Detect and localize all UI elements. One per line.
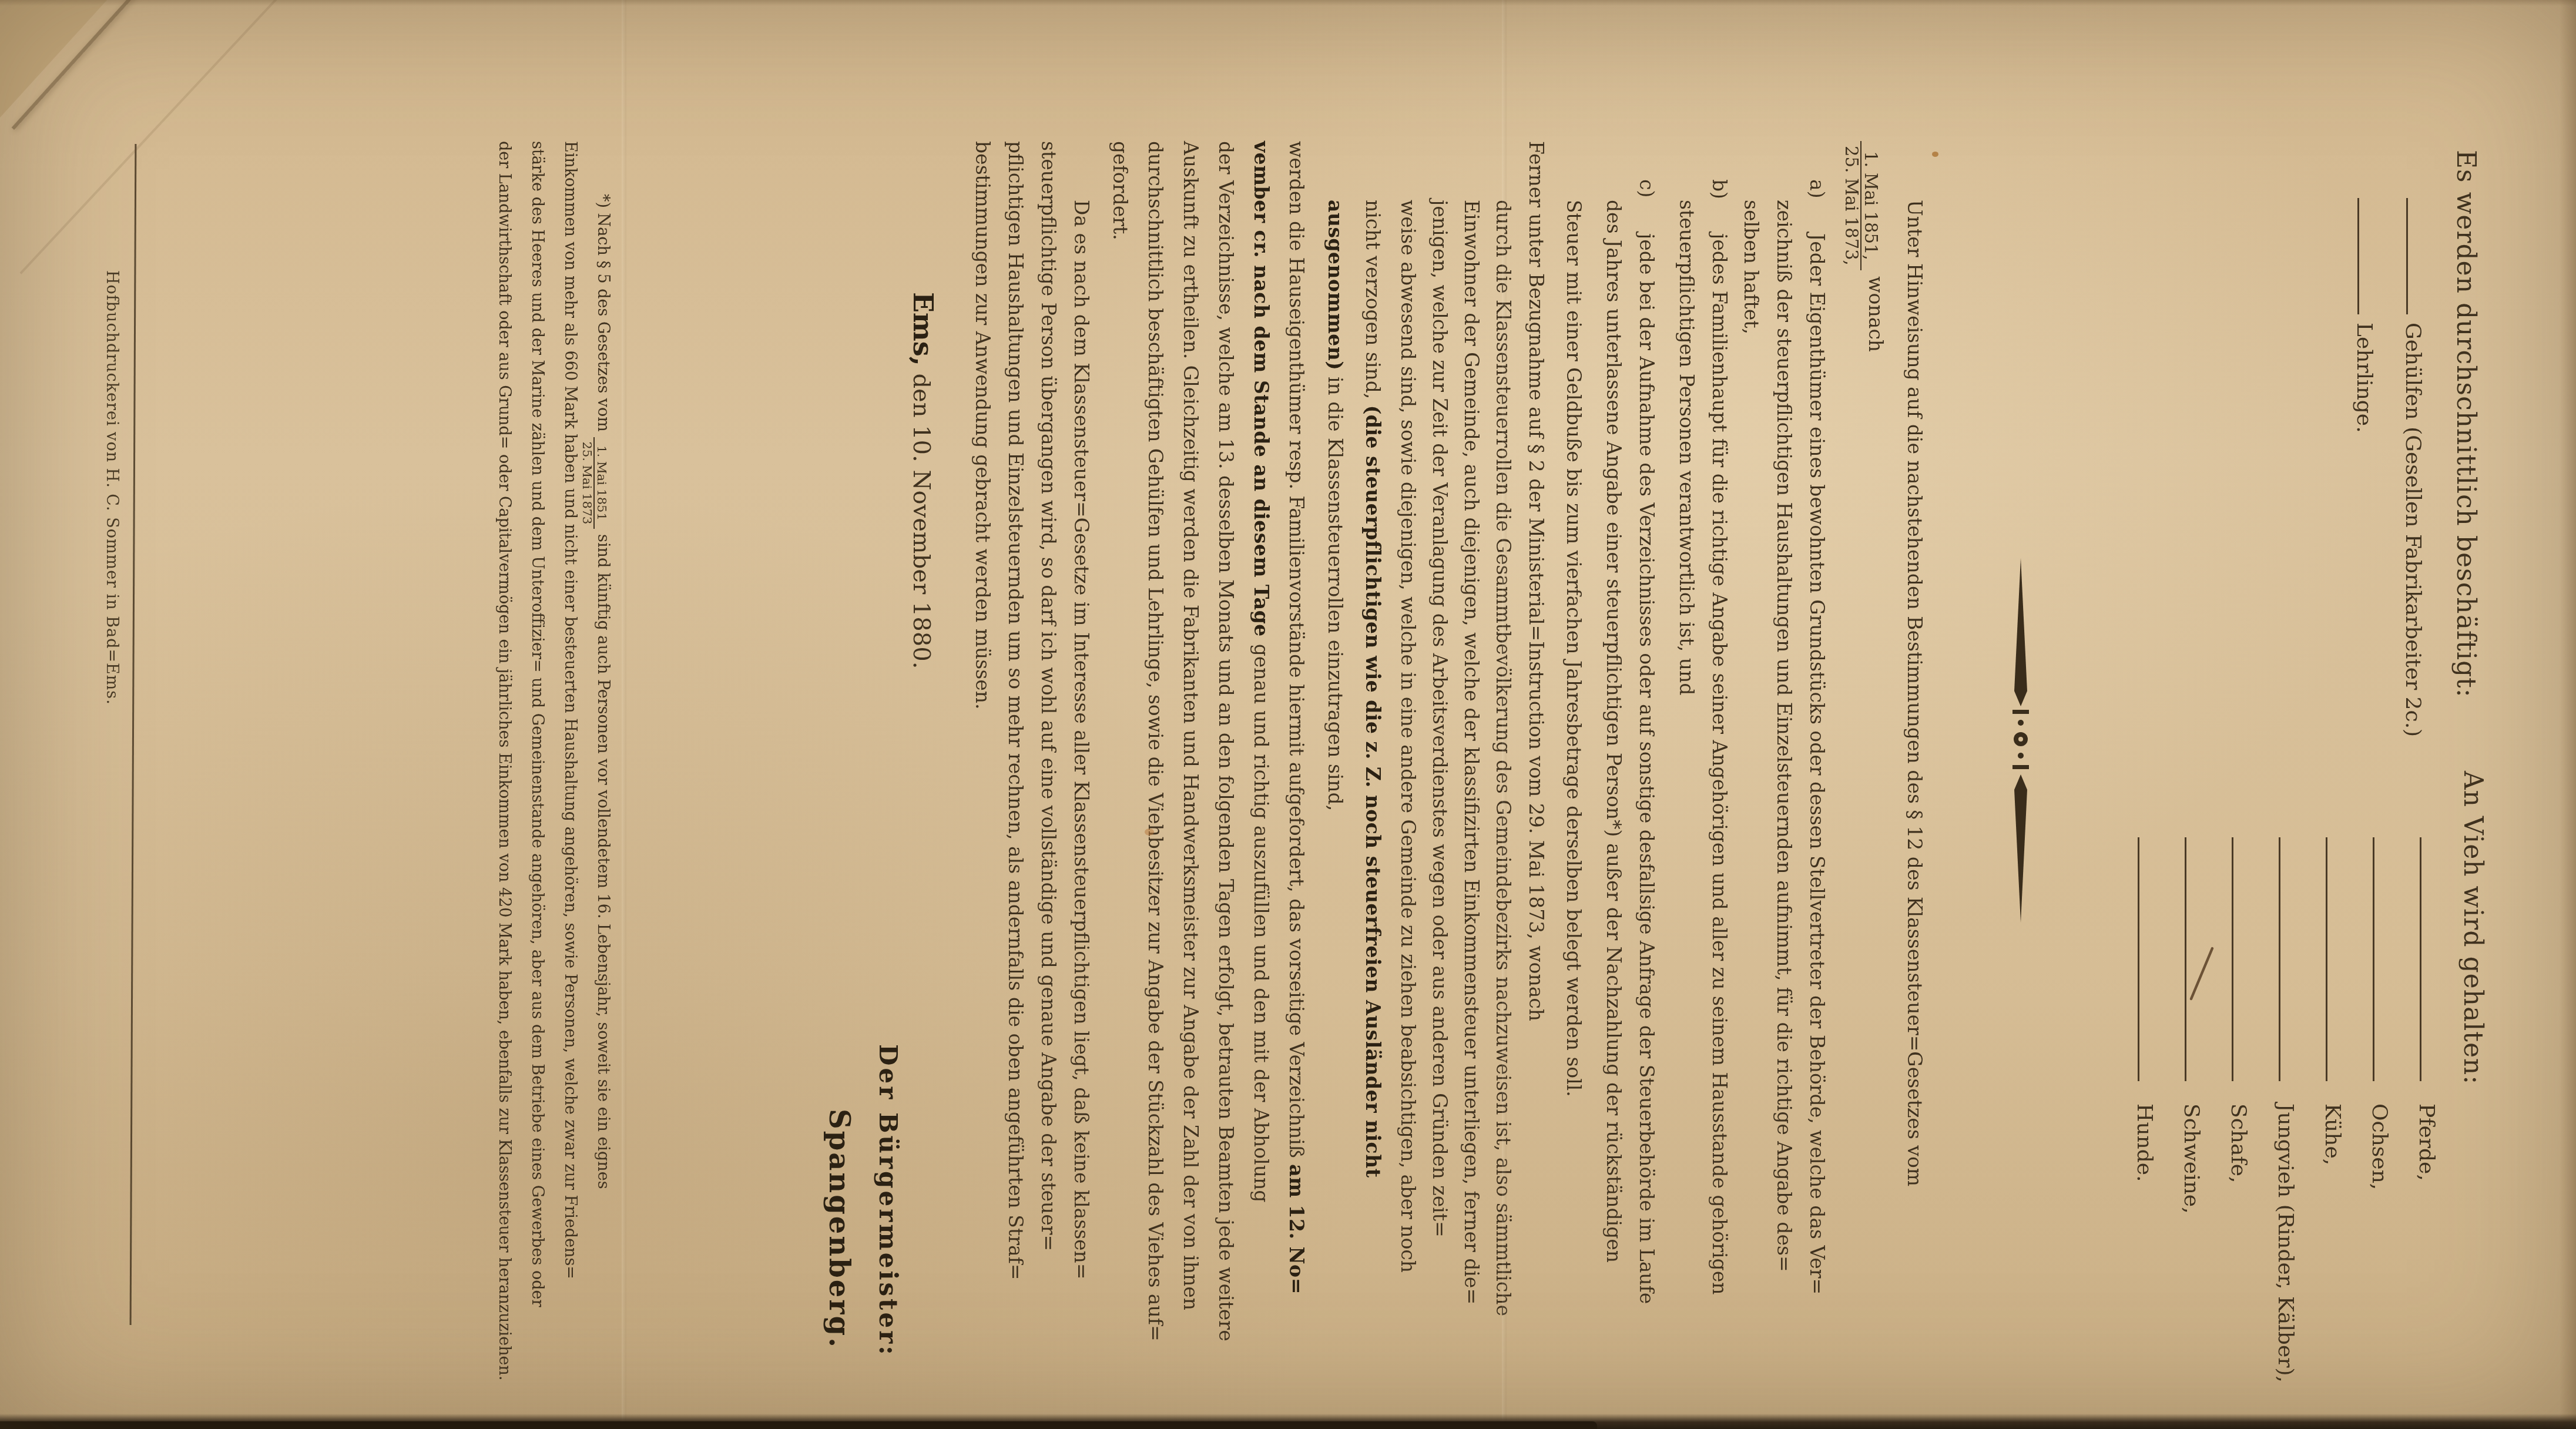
body-line-8: c)jede bei der Aufnahme des Verzeichniss…	[1635, 179, 1658, 1304]
livestock-item-label: Schweine,	[2179, 1103, 2203, 1214]
fill-in-blank-line	[2420, 837, 2440, 1081]
fill-in-blank-line	[2326, 837, 2346, 1081]
text-segment: durchschnittlich beschäftigten Gehülfen …	[1144, 141, 1167, 1341]
body-line-17: ausgenommen) in die Klassensteuerrollen …	[1324, 200, 1347, 811]
employed-item-label: Lehrlinge.	[2352, 323, 2376, 433]
body-line-6: b)jedes Familienhaupt für die richtige A…	[1708, 179, 1731, 1294]
text-segment: in die Klassensteuerrollen einzutragen s…	[1324, 370, 1347, 811]
body-line-27: bestimmungen zur Anwendung gebracht werd…	[971, 141, 994, 710]
text-segment: genau und richtig auszufüllen und den mi…	[1250, 644, 1273, 1203]
handwritten-slash-mark	[2185, 946, 2215, 1005]
body-line-7: steuerpflichtigen Personen verantwortlic…	[1675, 200, 1698, 695]
bold-text-segment: ausgenommen)	[1324, 200, 1347, 370]
body-line-15: weise abwesend sind, sowie diejenigen, w…	[1397, 200, 1420, 1273]
body-line-5: selben haftet,	[1740, 200, 1763, 334]
text-segment: Unter Hinweisung auf die nachstehenden B…	[1903, 200, 1926, 1186]
imprint-rule	[130, 144, 137, 1325]
dateline-city: Ems,	[907, 292, 939, 366]
body-line-10: Steuer mit einer Geldbuße bis zum vierfa…	[1562, 200, 1585, 1097]
fill-in-blank-line	[2406, 198, 2426, 314]
text-segment: Jeder Eigenthümer eines bewohnten Grunds…	[1806, 233, 1829, 1294]
text-segment: des Jahres unterlassene Angabe einer ste…	[1602, 200, 1625, 1263]
employed-item-row: Gehülfen (Gesellen Fabrikarbeiter 2c.)	[2401, 198, 2426, 737]
text-segment: jede bei der Aufnahme des Verzeichnisses…	[1635, 233, 1658, 1304]
body-line-9: des Jahres unterlassene Angabe einer ste…	[1602, 200, 1625, 1263]
body-line-21: Auskunft zu ertheilen. Gleichzeitig werd…	[1179, 141, 1202, 1310]
folded-corner	[0, 0, 107, 118]
body-line-3: a)Jeder Eigenthümer eines bewohnten Grun…	[1806, 179, 1829, 1294]
text-segment: *) Nach § 5 des Gesetzes vom	[594, 194, 612, 437]
text-segment: stärke des Heeres und der Marine zählen …	[528, 141, 546, 1307]
footnote-line-4: der Landwirthschaft oder aus Grund= oder…	[495, 141, 514, 1381]
text-segment: wonach	[1864, 270, 1887, 352]
stacked-date-fraction: 1. Mai 185125. Mai 1873	[580, 437, 608, 529]
livestock-item-label: Hunde.	[2132, 1103, 2156, 1182]
livestock-item-row: Kühe,	[2320, 837, 2346, 1165]
body-line-16: nicht verzogen sind, (die steuerpflichti…	[1361, 200, 1384, 1178]
livestock-item-label: Jungvieh (Rinder, Kälber),	[2273, 1103, 2297, 1383]
text-segment: der Landwirthschaft oder aus Grund= oder…	[495, 141, 514, 1381]
printer-imprint: Hofbuchdruckerei von H. C. Sommer in Bad…	[103, 270, 121, 705]
body-line-14: jenigen, welche zur Zeit der Veranlagung…	[1428, 200, 1451, 1237]
livestock-item-row: Hunde.	[2132, 837, 2158, 1182]
livestock-item-label: Schafe,	[2226, 1103, 2250, 1183]
paper-stain	[1145, 828, 1154, 836]
text-segment: werden die Hauseigenthümer resp. Familie…	[1285, 141, 1308, 1164]
text-segment: jenigen, welche zur Zeit der Veranlagung…	[1428, 200, 1451, 1237]
livestock-item-label: Kühe,	[2320, 1103, 2344, 1165]
signature-role: Der Bürgermeister:	[874, 1044, 903, 1357]
livestock-item-row: Schweine,	[2179, 837, 2205, 1214]
body-line-2: 1. Mai 1851,25. Mai 1873, wonach	[1842, 141, 1887, 352]
livestock-item-label: Pferde,	[2414, 1103, 2439, 1181]
body-line-25: steuerpflichtige Person übergangen wird,…	[1037, 141, 1060, 1251]
body-line-4: zeichniß der steuerpflichtigen Haushaltu…	[1773, 200, 1796, 1272]
body-line-13: Einwohner der Gemeinde, auch diejenigen,…	[1460, 200, 1483, 1304]
body-line-11: Ferner unter Bezugnahme auf § 2 der Mini…	[1525, 141, 1548, 1021]
text-segment: jedes Familienhaupt für die richtige Ang…	[1708, 233, 1731, 1294]
paper-fold-crease	[622, 0, 626, 1429]
employed-item-row: Lehrlinge.	[2352, 198, 2377, 433]
fill-in-blank-line	[2138, 837, 2158, 1081]
employed-header: Es werden durchschnittlich beschäftigt:	[2451, 150, 2481, 698]
fill-in-blank-line	[2357, 198, 2377, 314]
footnote-line-2: Einkommen von mehr als 660 Mark haben un…	[561, 141, 579, 1279]
body-line-22: durchschnittlich beschäftigten Gehülfen …	[1144, 141, 1167, 1341]
list-marker: a)	[1806, 179, 1829, 233]
text-segment: steuerpflichtigen Personen verantwortlic…	[1675, 200, 1698, 695]
text-segment: bestimmungen zur Anwendung gebracht werd…	[971, 141, 994, 710]
dateline-date: den 10. November 1880.	[908, 373, 935, 669]
body-line-24: Da es nach dem Klassensteuer=Gesetze im …	[1070, 200, 1093, 1280]
scanned-document-canvas: Es werden durchschnittlich beschäftigt: …	[0, 0, 2576, 1429]
text-segment: pflichtigen Haushaltungen und Einzelsteu…	[1004, 141, 1027, 1280]
stacked-date-fraction: 1. Mai 1851,25. Mai 1873,	[1842, 141, 1880, 270]
text-segment: zeichniß der steuerpflichtigen Haushaltu…	[1773, 200, 1796, 1272]
text-segment: sind künftig auch Personen vor vollendet…	[594, 529, 612, 1189]
footnote-line-1: *) Nach § 5 des Gesetzes vom 1. Mai 1851…	[580, 194, 612, 1189]
text-segment: Steuer mit einer Geldbuße bis zum vierfa…	[1562, 200, 1585, 1097]
text-segment: gefordert.	[1109, 141, 1132, 240]
body-line-1: Unter Hinweisung auf die nachstehenden B…	[1903, 200, 1926, 1186]
text-segment: Ferner unter Bezugnahme auf § 2 der Mini…	[1525, 141, 1548, 1021]
text-segment: weise abwesend sind, sowie diejenigen, w…	[1397, 200, 1420, 1273]
livestock-item-label: Ochsen,	[2367, 1103, 2391, 1190]
signature-name: Spangenberg.	[823, 1109, 856, 1349]
livestock-item-row: Pferde,	[2414, 837, 2440, 1181]
fill-in-blank-line	[2373, 837, 2393, 1081]
body-line-18: werden die Hauseigenthümer resp. Familie…	[1285, 141, 1308, 1294]
livestock-item-row: Schafe,	[2226, 837, 2252, 1183]
fill-in-blank-line	[2232, 837, 2252, 1081]
body-line-19: vember cr. nach dem Stande an diesem Tag…	[1250, 141, 1273, 1202]
scan-edge-dark-bottom-inner	[0, 1421, 1597, 1429]
dateline: Ems, den 10. November 1880.	[907, 292, 939, 669]
text-segment: Einwohner der Gemeinde, auch diejenigen,…	[1460, 200, 1483, 1304]
livestock-header: An Vieh wird gehalten:	[2458, 771, 2488, 1085]
text-segment: steuerpflichtige Person übergangen wird,…	[1037, 141, 1060, 1251]
body-line-26: pflichtigen Haushaltungen und Einzelsteu…	[1004, 141, 1027, 1280]
document-page: Es werden durchschnittlich beschäftigt: …	[0, 0, 2576, 1429]
divider-ornament-icon	[2000, 558, 2042, 923]
bold-text-segment: am 12. No=	[1285, 1164, 1308, 1294]
text-segment: der Verzeichnisse, welche am 13. desselb…	[1215, 141, 1237, 1341]
text-segment: nicht verzogen sind,	[1361, 200, 1384, 405]
paper-fold-crease	[1502, 0, 1507, 1429]
employed-item-label: Gehülfen (Gesellen Fabrikarbeiter 2c.)	[2401, 323, 2425, 737]
body-line-23: gefordert.	[1109, 141, 1132, 240]
scan-edge-shadow-top	[0, 0, 2576, 6]
text-segment: selben haftet,	[1740, 200, 1763, 334]
paper-stain	[1932, 152, 1938, 157]
footnote-line-3: stärke des Heeres und der Marine zählen …	[528, 141, 546, 1307]
text-segment: Einkommen von mehr als 660 Mark haben un…	[561, 141, 579, 1279]
bold-text-segment: vember cr. nach dem Stande an diesem Tag…	[1250, 141, 1273, 644]
livestock-item-row: Ochsen,	[2367, 837, 2393, 1190]
scan-edge-shadow-right	[2560, 0, 2576, 1429]
list-marker: c)	[1635, 179, 1658, 233]
body-line-20: der Verzeichnisse, welche am 13. desselb…	[1215, 141, 1237, 1341]
livestock-item-row: Jungvieh (Rinder, Kälber),	[2273, 837, 2299, 1383]
bold-text-segment: (die steuerpflichtigen wie die z. Z. noc…	[1361, 405, 1384, 1178]
list-marker: b)	[1708, 179, 1731, 233]
text-segment: Auskunft zu ertheilen. Gleichzeitig werd…	[1179, 141, 1202, 1310]
fill-in-blank-line	[2279, 837, 2299, 1081]
text-segment: Da es nach dem Klassensteuer=Gesetze im …	[1070, 200, 1093, 1280]
